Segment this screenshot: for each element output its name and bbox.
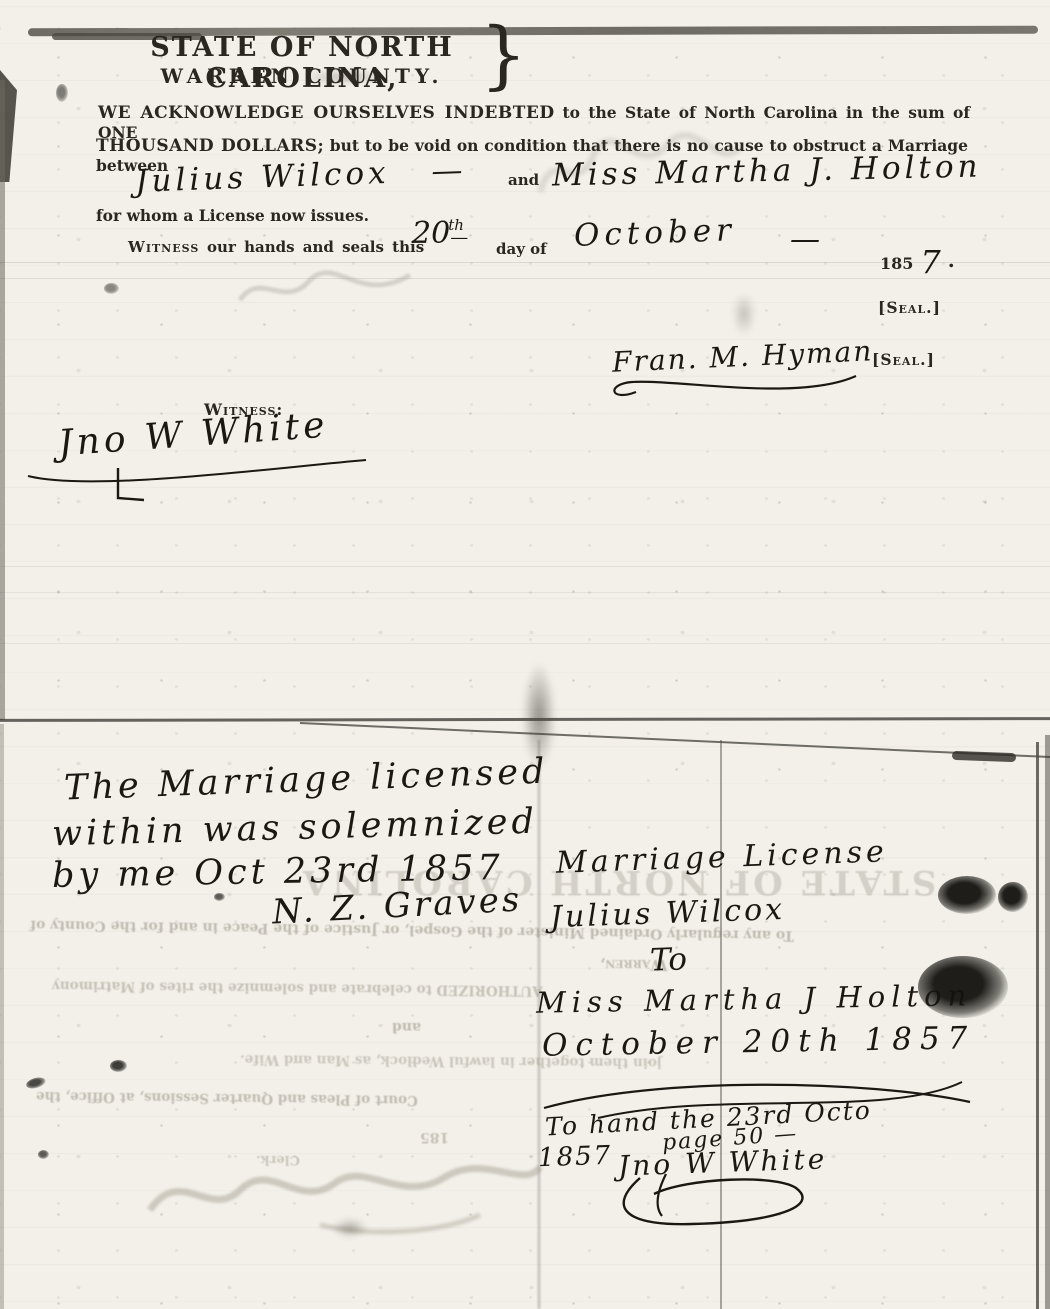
faint-smudge — [300, 70, 390, 84]
solemnized-line-2: within was solemnized — [52, 802, 539, 855]
separation-tear-blob — [952, 751, 1016, 762]
month-handwritten: October — [573, 212, 736, 254]
day-ordinal: th — [448, 216, 464, 234]
witness-word: Witness — [128, 238, 199, 256]
day-of-label: day of — [496, 240, 547, 258]
scan-left-edge-line-lower — [0, 724, 4, 1309]
ink-ghost-marks — [520, 112, 750, 212]
faint-smudge — [332, 1218, 368, 1238]
filing-signature-flourish — [596, 1172, 826, 1234]
ink-speck — [38, 1150, 49, 1159]
scan-left-edge-line — [0, 80, 5, 720]
ink-speck — [56, 84, 68, 102]
fold-line-right — [1036, 742, 1039, 1309]
year-printed: 185 — [880, 254, 913, 273]
scan-line — [0, 592, 1050, 593]
showthrough-authorized-line: AUTHORIZED to celebrate and solemnize th… — [52, 977, 543, 998]
endorsement-bride: Miss Martha J Holton — [536, 978, 973, 1020]
page-separation-line-sloped — [300, 722, 1050, 758]
filing-note-year: 1857 — [537, 1141, 612, 1174]
year-group: 185 7 . — [880, 225, 955, 263]
solemnized-line-1: The Marriage licensed — [63, 752, 549, 809]
seal-label-bottom: [Seal.] — [872, 350, 935, 369]
day-handwritten: 20—th — [412, 216, 484, 251]
principal-signature-flourish — [598, 362, 868, 410]
scan-line — [0, 643, 1050, 644]
oath-line-1-strong: WE ACKNOWLEDGE OURSELVES INDEBTED — [98, 103, 555, 123]
scanned-marriage-bond-document: STATE OF NORTH CAROLINA, WARREN COUNTY. … — [0, 0, 1050, 1309]
showthrough-year: 185 — [420, 1129, 449, 1145]
month-dash: — — [790, 222, 820, 257]
ink-speck — [214, 893, 225, 901]
scan-line — [0, 278, 1050, 279]
ink-stain — [998, 882, 1028, 912]
ink-stain — [938, 876, 996, 914]
ink-speck — [104, 283, 119, 294]
showthrough-court-line: Court of Pleas and Quarter Sessions, at … — [36, 1088, 418, 1108]
year-period: . — [948, 248, 955, 272]
scan-line — [0, 566, 1050, 567]
faint-smudge — [732, 292, 756, 336]
pencil-scribble-ghost — [230, 250, 420, 320]
oath-line-2-strong: THOUSAND DOLLARS; — [96, 136, 324, 156]
heading-brace: } — [480, 18, 527, 92]
witness-signature-flourish — [22, 440, 372, 510]
year-digit-handwritten: 7 — [920, 243, 940, 281]
seal-label-top: [Seal.] — [878, 298, 941, 317]
groom-dash: — — [431, 152, 467, 189]
scan-right-edge-line — [1045, 735, 1050, 1309]
endorsement-date: October 20th 1857 — [542, 1020, 976, 1064]
endorsement-to: To — [649, 941, 687, 978]
showthrough-and-word: and — [392, 1019, 421, 1035]
ink-speck — [110, 1060, 127, 1072]
license-issue-line: for whom a License now issues. — [96, 206, 369, 225]
ink-stain — [918, 956, 1008, 1018]
